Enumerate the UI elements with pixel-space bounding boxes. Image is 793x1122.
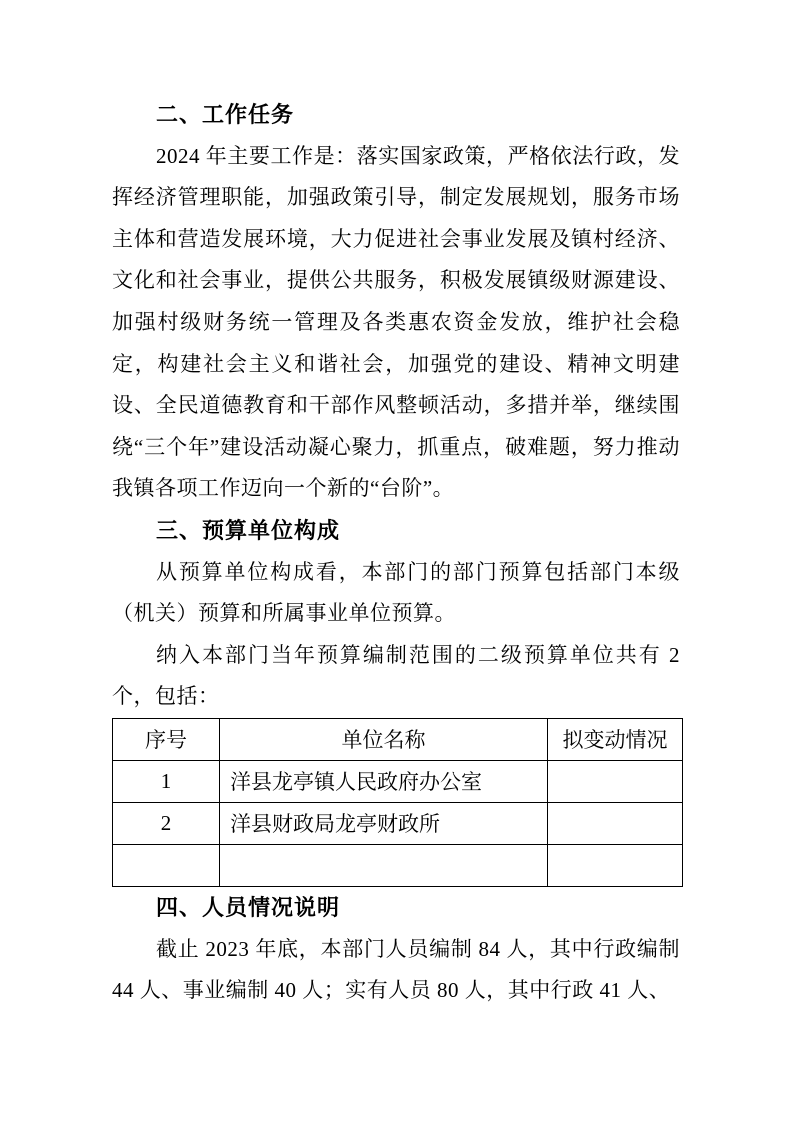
table-cell-unit-name: [220, 844, 548, 886]
table-cell-change: [548, 760, 683, 802]
table-cell-change: [548, 844, 683, 886]
table-header-change: 拟变动情况: [548, 718, 683, 760]
table-row: 2 洋县财政局龙亭财政所: [113, 802, 683, 844]
table-cell-seq: [113, 844, 220, 886]
table-header-row: 序号 单位名称 拟变动情况: [113, 718, 683, 760]
table-header-seq: 序号: [113, 718, 220, 760]
table-cell-seq: 2: [113, 802, 220, 844]
paragraph-personnel: 截止 2023 年底，本部门人员编制 84 人，其中行政编制 44 人、事业编制…: [112, 929, 680, 1012]
section-heading-personnel: 四、人员情况说明: [112, 887, 680, 929]
table-row: 1 洋县龙亭镇人民政府办公室: [113, 760, 683, 802]
table-cell-seq: 1: [113, 760, 220, 802]
section-heading-budget-units: 三、预算单位构成: [112, 510, 680, 552]
paragraph-budget-units-count: 纳入本部门当年预算编制范围的二级预算单位共有 2 个，包括：: [112, 635, 680, 718]
table-header-unit-name: 单位名称: [220, 718, 548, 760]
table-cell-change: [548, 802, 683, 844]
table-cell-unit-name: 洋县龙亭镇人民政府办公室: [220, 760, 548, 802]
table-cell-unit-name: 洋县财政局龙亭财政所: [220, 802, 548, 844]
budget-units-table: 序号 单位名称 拟变动情况 1 洋县龙亭镇人民政府办公室 2 洋县财政局龙亭财政…: [112, 718, 683, 887]
section-heading-work-tasks: 二、工作任务: [112, 94, 680, 136]
table-row-empty: [113, 844, 683, 886]
document-content: 二、工作任务 2024 年主要工作是：落实国家政策，严格依法行政，发挥经济管理职…: [112, 94, 680, 1012]
paragraph-work-tasks: 2024 年主要工作是：落实国家政策，严格依法行政，发挥经济管理职能，加强政策引…: [112, 136, 680, 510]
paragraph-budget-composition: 从预算单位构成看，本部门的部门预算包括部门本级（机关）预算和所属事业单位预算。: [112, 552, 680, 635]
document-page: 二、工作任务 2024 年主要工作是：落实国家政策，严格依法行政，发挥经济管理职…: [0, 0, 793, 1122]
